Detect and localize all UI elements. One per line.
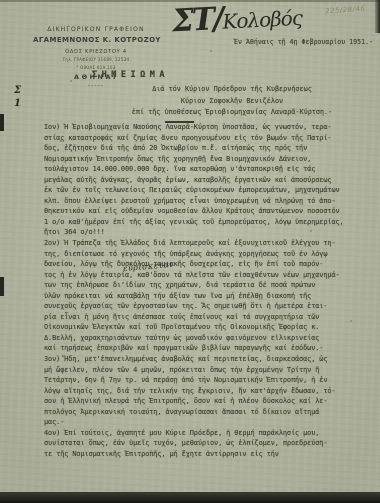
body-line: 2ον) Ἡ Τράπεζα τῆς Ἑλλάδος διά λεπτομερο… <box>44 238 344 249</box>
body-line: συνίσταται ὅπως, ἐάν ὑμεῖς τυχόν, μεθαύρ… <box>44 438 344 449</box>
body-line: Οἰκονομικῶν Ἐλεγκτῶν καί τοῦ Προϊσταμένο… <box>44 322 344 333</box>
handwritten-reference-prefix: ΣΤ/ <box>171 1 223 40</box>
memo-title-text: ΣΗΜΕΙΩΜΑ <box>92 70 380 80</box>
body-line: δανείου, λόγῳ τῆς δυσκόλου ταμιακῆς δυσχ… <box>44 259 344 270</box>
body-line: 3ον) Ἤδη, μετ'ἐπανειλημμένας ἀναβολάς κα… <box>44 354 344 365</box>
memo-title: ΣΗΜΕΙΩΜΑ <box>0 70 380 80</box>
scan-smudge-left-lower <box>0 277 4 296</box>
handwritten-reference: ΣΤ/Κολοβός <box>171 0 303 39</box>
body-line: ρία εἶναι ἡ μόνη ἥτις ἀπέσπασε τούς ἐπαί… <box>44 312 344 323</box>
file-number-annotation: 225/28/46 <box>325 5 366 16</box>
dateline: Ἐν Ἀθήναις τῇ 4ῃ Φεβρουαρίου 1951.- <box>234 38 373 46</box>
body-line: Ιον) Ἡ Ἐριοβιομηχανία Ναούσης Λαναρᾶ-Κύρ… <box>44 122 344 133</box>
body-line: τε τῆς Νομισματικῆς Ἐπιτροπῆς, μή ἔχητε … <box>44 449 344 460</box>
scan-edge-bottom <box>0 492 380 503</box>
body-line: λόγῳ αἴτησίς της, διά τήν τελικήν της ἔγ… <box>44 386 344 397</box>
body-line: Τετάρτην, 6ην ἤ 7ην τρ. νά περάσῃ ἀπό τή… <box>44 375 344 386</box>
body-line: πτολόγος Ἀμερικανική τοιαύτη, ἀναγνωρίσα… <box>44 407 344 418</box>
body-line: τος ἡ ἐν λόγῳ ἑταιρία, καθ'ὅσον τά πλεῖσ… <box>44 270 344 281</box>
memo-body: Ιον) Ἡ Ἐριοβιομηχανία Ναούσης Λαναρᾶ-Κύρ… <box>44 122 344 460</box>
letterhead-office-type: ΔΙΚΗΓΟΡΙΚΟΝ ΓΡΑΦΕΙΟΝ <box>33 26 159 33</box>
body-line: μή ὤφειλεν, πλέον τῶν 4 μηνῶν, πρόκειται… <box>44 365 344 376</box>
body-line: τοὐλάχιστον 14.000.000.000 δρχ. ἵνα κατο… <box>44 164 344 175</box>
body-line: 4ον) Ἐπί τούτοις, ἀγαπητέ μου Κύριε Πρόε… <box>44 428 344 439</box>
letterhead-street-address: ΟΔΟΣ ΚΡΙΕΖΩΤΟΥ 4 <box>33 49 159 55</box>
scan-smudge-left-upper <box>0 114 4 131</box>
margin-marks: Σ 1 <box>14 84 21 110</box>
body-line: ἤτοι 364 ο/ο!!! <box>44 227 344 238</box>
body-line: στίας καταστροφάς καί ζημίας ἄνευ προηγο… <box>44 133 344 144</box>
letterhead-phone-office: Τηλ. ΓΡΑΦΕΙΟΥ 31689, 22534 <box>33 57 159 62</box>
handwritten-reference-name: Κολοβός <box>222 6 303 34</box>
addressee-line: Κύριον Σοφοκλῆν Βενιζέλον <box>82 96 380 108</box>
scan-edge-right <box>375 0 380 33</box>
body-line: καί τηρήσεως ἐπακριβῶν καί πραγματικῶν β… <box>44 343 344 354</box>
body-line: κλπ. ὅπου ἐλλείψει ῥευστοῦ χρήματος εἶνα… <box>44 196 344 207</box>
letterhead-lawyer-name: ΑΓΑΜΕΜΝΟΝΟΣ Κ. ΚΟΤΡΟΖΟΥ <box>33 36 159 44</box>
addressee-block: Διά τόν Κύριον Πρόεδρον τῆς ΚυβερνήσεωςΚ… <box>82 84 380 119</box>
body-line: ὑλῶν πρόκειται νά καταβάλῃ τήν ἀξίαν των… <box>44 291 344 302</box>
body-line: μεγάλας αὐτῆς ἀνάγκας, ἀγορᾶς ἐρίων, κατ… <box>44 175 344 186</box>
body-line: δος, ἐζήτησεν διά τῆς ἀπό 20 Ὀκτωβρίου π… <box>44 143 344 154</box>
body-line: ἐκ τῶν ἐν τοῖς τελωνείοις Πειραιῶς εὑρισ… <box>44 185 344 196</box>
body-line: μας.- <box>44 417 344 428</box>
body-line: συνεχοῦς ἐργασίας τῶν ἐργοστασίων της. Ἄ… <box>44 301 344 312</box>
body-line: 1 ο/ο καθ'ἡμέραν ἐπί τῆς ἀξίας γενικῶς τ… <box>44 217 344 228</box>
body-line: θηκευτικόν καί εἰς οὐδεμίαν νομοθεσίαν ἄ… <box>44 206 344 217</box>
body-line: των της ἐπλήρωσε δι'ἰδίων της χρημάτων, … <box>44 280 344 291</box>
body-line: σον ἡ Ἑλληνική πλευρά τῆς Ἐπιτροπῆς, ὅσο… <box>44 396 344 407</box>
body-line: Δ.Βελλῆ, χαρακτηρισάντων ταύτην ὡς μοναδ… <box>44 333 344 344</box>
body-line: της, διεπίστωσε τό γεγονός τῆς ὑπάρξεως … <box>44 249 344 260</box>
addressee-line: ἐπί τῆς ὑποθέσεως Ἐριοβιομηχανίας Λαναρᾶ… <box>82 107 380 119</box>
addressee-line: Διά τόν Κύριον Πρόεδρον τῆς Κυβερνήσεως <box>82 84 380 96</box>
body-line: Νομισματικήν Ἐπιτροπήν ὅπως τῆς χορηγηθῇ… <box>44 154 344 165</box>
scanned-memo-page: 225/28/46 ΣΤ/Κολοβός ΔΙΚΗΓΟΡΙΚΟΝ ΓΡΑΦΕΙΟ… <box>0 0 380 503</box>
letterhead-phone-home: " ΟΙΚΙΑΣ 619.103 <box>33 65 159 70</box>
